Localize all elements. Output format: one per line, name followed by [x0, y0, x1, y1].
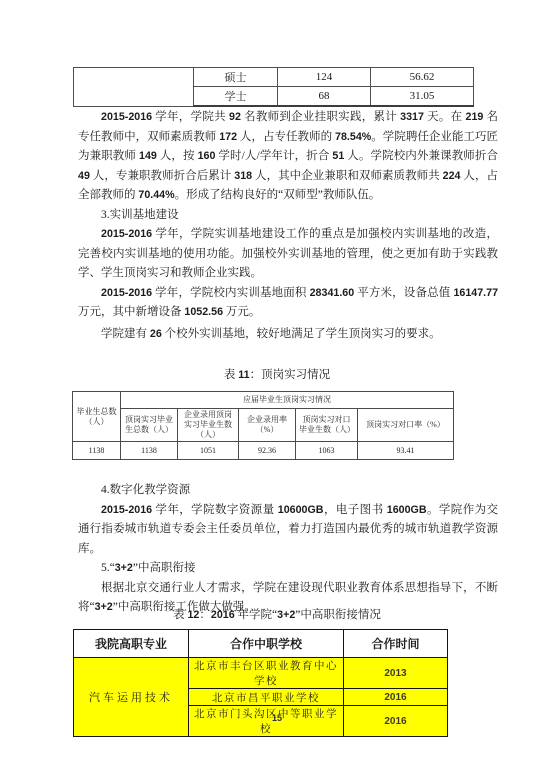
- corner-header-cell: 毕业生总数（人）: [73, 392, 121, 442]
- table-row: 硕士 124 56.62: [74, 68, 474, 87]
- body-text-block-2: 4.数字化教学资源 2015-2016 学年，学院数字资源量 10600GB，电…: [78, 481, 498, 618]
- table12-caption: 表 12：2016 年学院“3+2”中高职衔接情况: [0, 606, 554, 622]
- table-row: 顶岗实习毕业生总数（人） 企业录用顶岗实习毕业生数（人） 企业录用率（%） 顶岗…: [73, 409, 454, 442]
- table-header-row: 我院高职专业 合作中职学校 合作时间: [74, 630, 448, 658]
- body-text-block-1: 2015-2016 学年，学院共 92 名教师到企业挂职实践，累计 3317 天…: [78, 108, 498, 344]
- year-cell: 2013: [344, 658, 448, 689]
- data-cell: 1063: [296, 442, 358, 460]
- report-page: 硕士 124 56.62 学士 68 31.05 2015-2016 学年，学院…: [0, 0, 554, 783]
- sub-header-cell: 顶岗实习对口毕业生数（人）: [296, 409, 358, 442]
- sub-header-cell: 企业录用率（%）: [239, 409, 296, 442]
- internship-table: 毕业生总数（人） 应届毕业生顶岗实习情况 顶岗实习毕业生总数（人） 企业录用顶岗…: [72, 391, 454, 460]
- sub-header-cell: 顶岗实习对口率（%）: [358, 409, 454, 442]
- school-cell: 北京市昌平职业学校: [189, 689, 344, 706]
- percent-cell: 31.05: [371, 87, 474, 107]
- empty-merged-cell: [74, 68, 194, 107]
- table-row: 汽车运用技术 北京市丰台区职业教育中心学校 2013: [74, 658, 448, 689]
- section-heading-training-bases: 3.实训基地建设: [78, 206, 498, 226]
- data-cell: 1051: [178, 442, 239, 460]
- header-cell-time: 合作时间: [344, 630, 448, 658]
- group-header-cell: 应届毕业生顶岗实习情况: [121, 392, 454, 409]
- count-cell: 68: [278, 87, 371, 107]
- section-heading-3plus2: 5.“3+2”中高职衔接: [78, 559, 498, 579]
- year-cell: 2016: [344, 689, 448, 706]
- paragraph-digital-resources: 2015-2016 学年，学院数字资源量 10600GB，电子图书 1600GB…: [78, 501, 498, 560]
- header-cell-school: 合作中职学校: [189, 630, 344, 658]
- degree-cell: 硕士: [194, 68, 278, 87]
- count-cell: 124: [278, 68, 371, 87]
- data-cell: 93.41: [358, 442, 454, 460]
- section-heading-digital-resources: 4.数字化教学资源: [78, 481, 498, 501]
- paragraph-offcampus-bases: 学院建有 26 个校外实训基地，较好地满足了学生顶岗实习的要求。: [78, 325, 498, 345]
- school-cell: 北京市丰台区职业教育中心学校: [189, 658, 344, 689]
- data-cell: 1138: [73, 442, 121, 460]
- teacher-degree-table: 硕士 124 56.62 学士 68 31.05: [73, 67, 474, 107]
- paragraph-teacher-practice: 2015-2016 学年，学院共 92 名教师到企业挂职实践，累计 3317 天…: [78, 108, 498, 206]
- paragraph-training-base-area: 2015-2016 学年，学院校内实训基地面积 28341.60 平方米，设备总…: [78, 284, 498, 323]
- header-cell-major: 我院高职专业: [74, 630, 189, 658]
- data-cell: 92.36: [239, 442, 296, 460]
- page-number: 15: [0, 713, 554, 723]
- percent-cell: 56.62: [371, 68, 474, 87]
- degree-cell: 学士: [194, 87, 278, 107]
- table-row: 1138 1138 1051 92.36 1063 93.41: [73, 442, 454, 460]
- sub-header-cell: 企业录用顶岗实习毕业生数（人）: [178, 409, 239, 442]
- sub-header-cell: 顶岗实习毕业生总数（人）: [121, 409, 178, 442]
- table-row: 毕业生总数（人） 应届毕业生顶岗实习情况: [73, 392, 454, 409]
- data-cell: 1138: [121, 442, 178, 460]
- table11-caption: 表 11：顶岗实习情况: [0, 366, 554, 382]
- paragraph-training-base-focus: 2015-2016 学年，学院实训基地建设工作的重点是加强校内实训基地的改造，完…: [78, 225, 498, 284]
- major-cell: 汽车运用技术: [74, 658, 189, 737]
